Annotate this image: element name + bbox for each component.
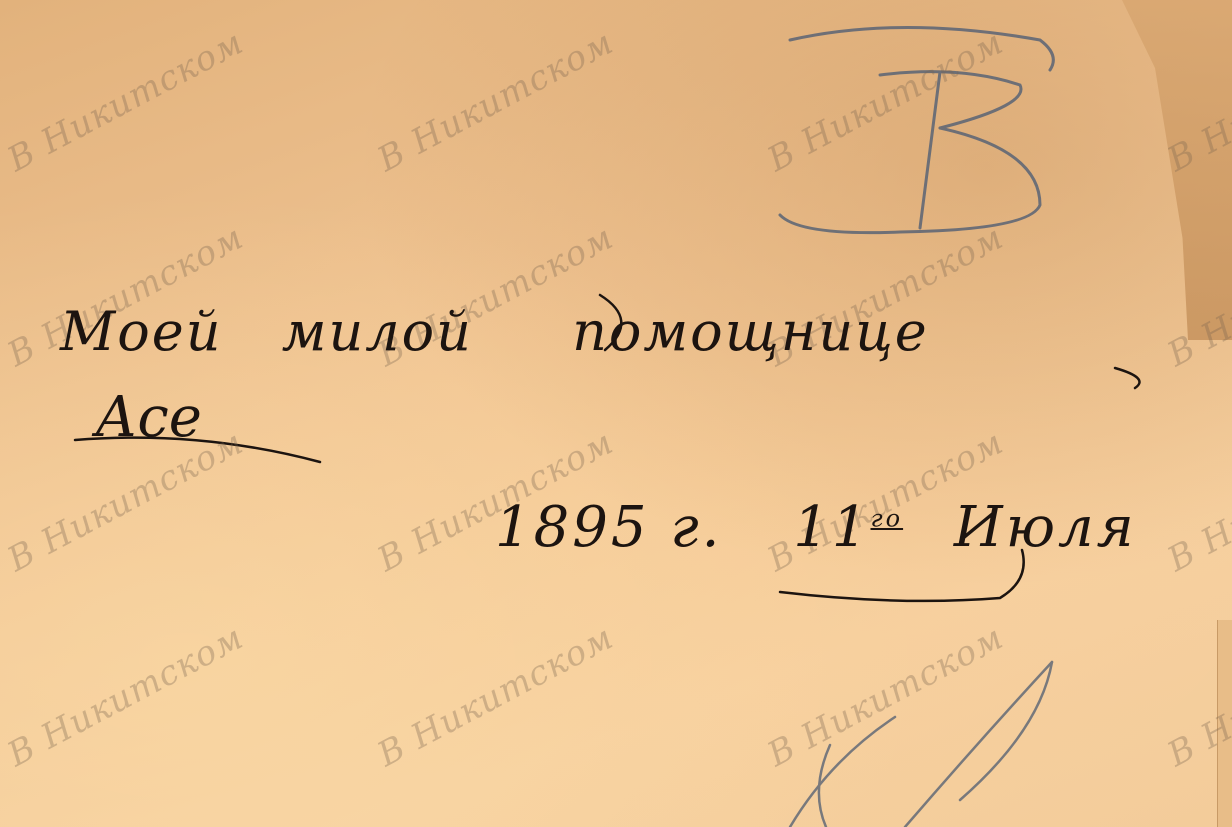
word-pomoshchnitse: помощнице — [572, 300, 929, 363]
inscription-line-2: Асе — [95, 385, 202, 450]
date-year: 1895 г. — [495, 495, 722, 560]
date-day-suffix: го — [871, 504, 904, 532]
date-day: 11го — [793, 495, 903, 560]
word-miloi: милой — [282, 300, 473, 363]
inscription-date: 1895 г. 11го Июля — [495, 495, 1137, 560]
date-month: Июля — [954, 495, 1137, 560]
inscription-line-1: Моей милой помощнице — [60, 300, 929, 363]
word-moei: Моей — [60, 300, 223, 363]
